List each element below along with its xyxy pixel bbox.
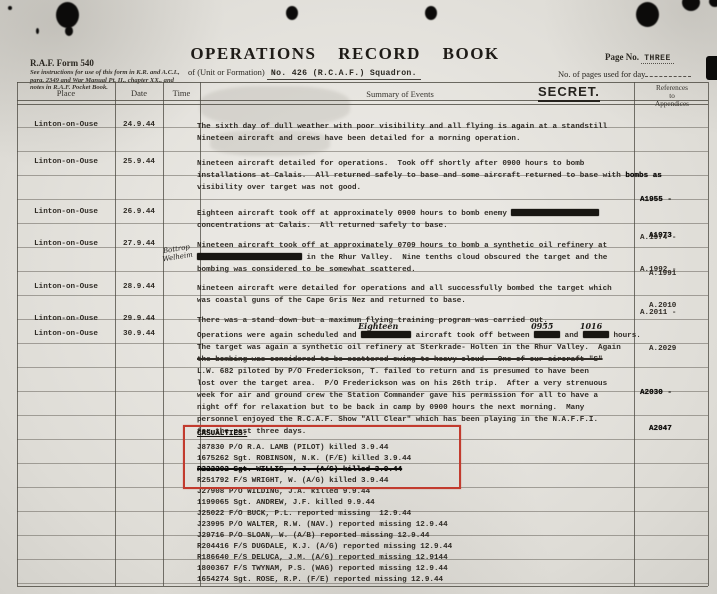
summary-entry: Nineteen aircraft detailed for operation… [197,158,637,194]
place-cell: Linton-on-Ouse [17,121,115,129]
binder-hole [56,2,79,28]
table-border [708,82,709,586]
summary-line-struck: the bombing was considered to be scatter… [197,354,637,366]
summary-line: installations at Calais. All returned sa… [197,170,637,182]
table-border [17,100,708,101]
binder-hole [636,2,659,27]
binder-hole [65,26,73,36]
summary-line: lost over the target area. P/O Frederick… [197,378,637,390]
date-cell: 25.9.44 [115,158,163,166]
casualty-line: J23995 P/O WALTER, R.W. (NAV.) reported … [197,520,497,531]
scan-artifact [682,0,700,11]
summary-line: Eighteen aircraft took off at approximat… [197,208,637,220]
summary-line: Nineteen aircraft took off at approximat… [197,240,637,252]
column-header-date: Date [115,88,163,98]
casualty-line: R186640 F/S DELUCA, J.M. (A/G) reported … [197,553,497,564]
place-cell: Linton-on-Ouse [17,208,115,216]
scan-artifact [36,28,39,34]
scan-artifact [706,56,717,80]
summary-line: night off for relaxation but to be back … [197,402,637,414]
binder-hole [425,6,437,20]
place-cell: Linton-on-Ouse [17,158,115,166]
summary-line: Nineteen aircraft were detailed for oper… [197,283,637,295]
redacted-text [361,331,411,338]
summary-line: Nineteen aircraft and crews have been de… [197,133,637,145]
summary-line: There was a stand down but a maximum fly… [197,315,637,327]
casualty-line: J25022 F/O BUCK, P.L. reported missing 1… [197,509,497,520]
unit-line: of (Unit or Formation) No. 426 (R.C.A.F.… [188,67,421,78]
place-cell: Linton-on-Ouse [17,330,115,338]
unit-value: No. 426 (R.C.A.F.) Squadron. [267,69,421,80]
table-border [17,82,708,83]
summary-line: in the Rhur Valley. Nine tenths cloud ob… [197,252,637,264]
table-border [163,82,164,586]
summary-line: concentrations at Calais. All returned s… [197,220,637,232]
casualty-line: 1199065 Sgt. ANDREW, J.F. killed 9.9.44 [197,498,497,509]
references-cell: A2030 - A2047 [640,363,706,459]
redacted-text [511,209,599,216]
summary-line: L.W. 682 piloted by P/O Frederickson, T.… [197,366,637,378]
casualty-line: J29716 P/O SLOAN, W. (A/B) reported miss… [197,531,497,542]
date-cell: 27.9.44 [115,240,163,248]
pages-used-label: No. of pages used for day [558,68,691,79]
summary-entry: There was a stand down but a maximum fly… [197,315,637,327]
date-cell: 29.9.44 [115,315,163,323]
summary-line: visibility over target was not good. [197,182,637,194]
casualty-line: 1654274 Sgt. ROSE, R.P. (F/E) reported m… [197,575,497,586]
summary-line: Nineteen aircraft detailed for operation… [197,158,637,170]
date-cell: 28.9.44 [115,283,163,291]
date-cell: 26.9.44 [115,208,163,216]
operations-record-book-page: R.A.F. Form 540 See instructions for use… [0,0,717,594]
scan-artifact [709,0,717,7]
table-border [17,586,708,587]
date-cell: 30.9.44 [115,330,163,338]
redacted-text [534,331,560,338]
page-title: OPERATIONS RECORD BOOK [0,44,690,64]
redacted-text [583,331,609,338]
column-header-summary: Summary of Events [280,89,520,99]
secret-stamp: SECRET. [538,84,600,102]
scan-artifact [8,6,12,10]
binder-hole [286,6,298,20]
summary-line: Operations were again scheduled and Eigh… [197,330,637,342]
summary-line: week for air and ground crew the Station… [197,390,637,402]
page-number: Page No. THREE [605,52,674,63]
page-number-value: THREE [641,54,674,64]
redacted-text [197,253,302,260]
summary-line: The target was again a synthetic oil ref… [197,342,637,354]
summary-line: The sixth day of dull weather with poor … [197,121,637,133]
summary-entry: Operations were again scheduled and Eigh… [197,330,637,438]
summary-line: was coastal guns of the Cape Gris Nez an… [197,295,637,307]
summary-line: bombing was considered to be somewhat sc… [197,264,637,276]
column-header-place: Place [17,88,115,98]
summary-entry: Nineteen aircraft took off at approximat… [197,240,637,276]
column-header-references: References to Appendices [636,84,708,108]
casualty-line: R204416 F/S DUGDALE, K.J. (A/G) reported… [197,542,497,553]
date-cell: 24.9.44 [115,121,163,129]
place-cell: Linton-on-Ouse [17,240,115,248]
summary-entry: Eighteen aircraft took off at approximat… [197,208,637,232]
place-cell: Linton-on-Ouse [17,315,115,323]
summary-entry: The sixth day of dull weather with poor … [197,121,637,145]
casualty-line: 1800367 F/S TWYNAM, P.S. (WAG) reported … [197,564,497,575]
summary-entry: Nineteen aircraft were detailed for oper… [197,283,637,307]
place-cell: Linton-on-Ouse [17,283,115,291]
casualties-highlight-box [183,425,461,489]
column-header-time: Time [163,88,200,98]
